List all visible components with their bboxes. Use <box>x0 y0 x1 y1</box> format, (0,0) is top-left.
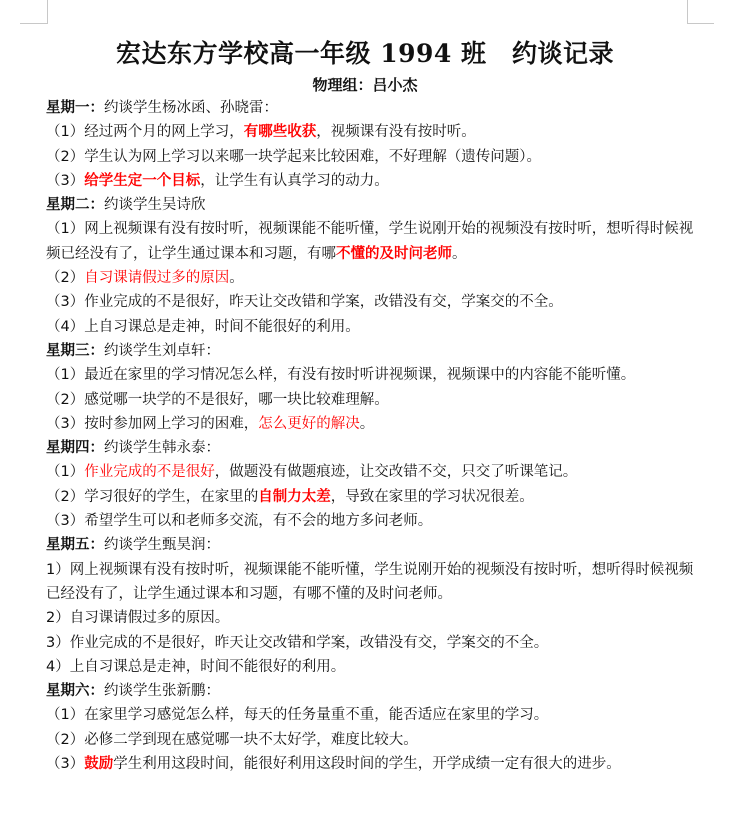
interview-item: （1）在家里学习感觉怎么样，每天的任务量重不重，能否适应在家里的学习。 <box>46 703 706 727</box>
interview-item: （2）感觉哪一块学的不是很好，哪一块比较难理解。 <box>46 388 706 412</box>
item-text: （3）按时参加网上学习的困难， <box>46 416 258 432</box>
item-text: （2）必修二学到现在感觉哪一块不太好学，难度比较大。 <box>46 732 418 748</box>
highlighted-text: 自习课请假过多的原因 <box>84 270 229 286</box>
page-corner-mark-top-left <box>20 0 48 24</box>
interview-item: （1）经过两个月的网上学习，有哪些收获，视频课有没有按时听。 <box>46 120 706 144</box>
item-text: 。 <box>360 416 375 432</box>
interview-item: 1）网上视频课有没有按时听，视频课能不能听懂，学生说刚开始的视频没有按时听，想听… <box>46 558 706 607</box>
interview-intro: 约谈学生张新鹏： <box>104 683 220 699</box>
interview-intro: 约谈学生韩永泰： <box>104 440 220 456</box>
item-text: ，让学生有认真学习的动力。 <box>200 173 389 189</box>
item-text: ，做题没有做题痕迹，让交改错不交，只交了听课笔记。 <box>215 464 578 480</box>
document-title: 宏达东方学校高一年级 1994 班 约谈记录 <box>0 34 730 70</box>
highlighted-text: 给学生定一个目标 <box>84 173 200 189</box>
interview-item: （1）最近在家里的学习情况怎么样，有没有按时听讲视频课，视频课中的内容能不能听懂… <box>46 363 706 387</box>
interview-item: 4）上自习课总是走神，时间不能很好的利用。 <box>46 655 706 679</box>
interview-item: 3）作业完成的不是很好，昨天让交改错和学案，改错没有交，学案交的不全。 <box>46 631 706 655</box>
day-label: 星期五： <box>46 537 104 553</box>
highlighted-text: 怎么更好的解决 <box>258 416 360 432</box>
item-text: （1）在家里学习感觉怎么样，每天的任务量重不重，能否适应在家里的学习。 <box>46 707 548 723</box>
item-text: （2）学习很好的学生，在家里的 <box>46 489 258 505</box>
item-text: （3） <box>46 756 84 772</box>
highlighted-text: 自制力太差 <box>258 489 331 505</box>
highlighted-text: 不懂的及时问老师 <box>336 246 452 262</box>
interview-item: （4）上自习课总是走神，时间不能很好的利用。 <box>46 315 706 339</box>
document-body: 星期一：约谈学生杨冰函、孙晓雷：（1）经过两个月的网上学习，有哪些收获，视频课有… <box>46 96 706 776</box>
day-label: 星期六： <box>46 683 104 699</box>
interview-item: （3）希望学生可以和老师多交流，有不会的地方多问老师。 <box>46 509 706 533</box>
section-heading: 星期二：约谈学生吴诗欣 <box>46 193 706 217</box>
item-text: （1）经过两个月的网上学习， <box>46 124 244 140</box>
highlighted-text: 有哪些收获 <box>244 124 317 140</box>
interview-item: （3）作业完成的不是很好，昨天让交改错和学案，改错没有交，学案交的不全。 <box>46 290 706 314</box>
interview-item: （3）鼓励学生利用这段时间，能很好利用这段时间的学生，开学成绩一定有很大的进步。 <box>46 752 706 776</box>
item-text: ，视频课有没有按时听。 <box>316 124 476 140</box>
interview-intro: 约谈学生吴诗欣 <box>104 197 206 213</box>
day-label: 星期二： <box>46 197 104 213</box>
interview-item: （2）自习课请假过多的原因。 <box>46 266 706 290</box>
section-heading: 星期三：约谈学生刘卓轩： <box>46 339 706 363</box>
interview-item: （1）作业完成的不是很好，做题没有做题痕迹，让交改错不交，只交了听课笔记。 <box>46 460 706 484</box>
interview-item: （1）网上视频课有没有按时听，视频课能不能听懂，学生说刚开始的视频没有按时听，想… <box>46 217 706 266</box>
item-text: 4）上自习课总是走神，时间不能很好的利用。 <box>46 659 345 675</box>
item-text: 。 <box>229 270 244 286</box>
page-corner-mark-top-right <box>687 0 714 24</box>
document-subtitle: 物理组：吕小杰 <box>0 74 730 95</box>
interview-intro: 约谈学生刘卓轩： <box>104 343 220 359</box>
day-label: 星期三： <box>46 343 104 359</box>
item-text: 1）网上视频课有没有按时听，视频课能不能听懂，学生说刚开始的视频没有按时听，想听… <box>46 562 693 602</box>
item-text: （2）学生认为网上学习以来哪一块学起来比较困难，不好理解（遗传问题）。 <box>46 149 541 165</box>
item-text: ，导致在家里的学习状况很差。 <box>331 489 534 505</box>
interview-item: （3）按时参加网上学习的困难，怎么更好的解决。 <box>46 412 706 436</box>
section-heading: 星期一：约谈学生杨冰函、孙晓雷： <box>46 96 706 120</box>
item-text: 3）作业完成的不是很好，昨天让交改错和学案，改错没有交，学案交的不全。 <box>46 635 548 651</box>
item-text: （1）最近在家里的学习情况怎么样，有没有按时听讲视频课，视频课中的内容能不能听懂… <box>46 367 635 383</box>
interview-intro: 约谈学生杨冰函、孙晓雷： <box>104 100 278 116</box>
section-heading: 星期六：约谈学生张新鹏： <box>46 679 706 703</box>
item-text: （3） <box>46 173 84 189</box>
item-text: （3）作业完成的不是很好，昨天让交改错和学案，改错没有交，学案交的不全。 <box>46 294 563 310</box>
day-label: 星期四： <box>46 440 104 456</box>
item-text: 学生利用这段时间，能很好利用这段时间的学生，开学成绩一定有很大的进步。 <box>113 756 621 772</box>
item-text: （2） <box>46 270 84 286</box>
interview-item: （3）给学生定一个目标，让学生有认真学习的动力。 <box>46 169 706 193</box>
interview-item: （2）学习很好的学生，在家里的自制力太差，导致在家里的学习状况很差。 <box>46 485 706 509</box>
item-text: （2）感觉哪一块学的不是很好，哪一块比较难理解。 <box>46 392 389 408</box>
interview-intro: 约谈学生甄昊润： <box>104 537 220 553</box>
section-heading: 星期四：约谈学生韩永泰： <box>46 436 706 460</box>
item-text: （1） <box>46 464 84 480</box>
interview-item: 2）自习课请假过多的原因。 <box>46 606 706 630</box>
item-text: （4）上自习课总是走神，时间不能很好的利用。 <box>46 319 360 335</box>
day-label: 星期一： <box>46 100 104 116</box>
highlighted-text: 作业完成的不是很好 <box>84 464 215 480</box>
interview-item: （2）学生认为网上学习以来哪一块学起来比较困难，不好理解（遗传问题）。 <box>46 145 706 169</box>
item-text: 2）自习课请假过多的原因。 <box>46 610 229 626</box>
highlighted-text: 鼓励 <box>84 756 113 772</box>
section-heading: 星期五：约谈学生甄昊润： <box>46 533 706 557</box>
item-text: 。 <box>452 246 467 262</box>
item-text: （3）希望学生可以和老师多交流，有不会的地方多问老师。 <box>46 513 432 529</box>
interview-item: （2）必修二学到现在感觉哪一块不太好学，难度比较大。 <box>46 728 706 752</box>
